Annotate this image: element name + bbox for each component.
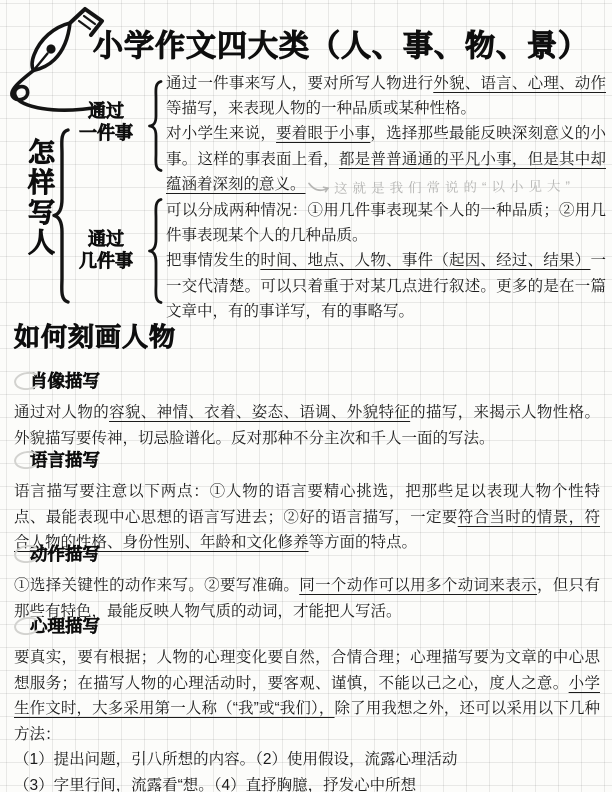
note-text: 这就是我们常说的“以小见大” (334, 175, 575, 198)
curly-brace-icon (147, 79, 165, 178)
curly-brace-icon (147, 197, 165, 310)
branch-label-one-event: 通过 一件事 (68, 100, 144, 144)
paragraph: 把事情发生的时间、地点、人物、事件（起因、经过、结果）一一交代清楚。可以只着重于… (166, 248, 606, 324)
subsection-action: 动作描写 ①选择关键性的动作来写。②要写准确。同一个动作可以用多个动词来表示，但… (14, 541, 600, 624)
subsection-language: 语言描写 语言描写要注意以下两点：①人物的语言要精心挑选，把那些足以表现人物个性… (14, 447, 600, 556)
branch-label-several-events: 通过 几件事 (66, 228, 146, 272)
curly-brace-icon (51, 126, 73, 311)
paragraph: 可以分成两种情况：①用几件事表现某个人的一种品质；②用几件事表现某个人的几种品质… (166, 198, 606, 248)
subsection-heading: 语言描写 (14, 447, 600, 472)
page: 小学作文四大类（人、事、物、景） 怎样写人 通过 一件事 通过一件事来写人，要对… (0, 0, 612, 792)
paragraph: 要真实，要有根据；人物的心理变化要自然，合情合理；心理描写要为文章的中心思想服务… (14, 645, 600, 747)
branch-several-events-text: 可以分成两种情况：①用几件事表现某个人的一种品质；②用几件事表现某个人的几种品质… (166, 198, 606, 324)
method-line: （1）提出问题，引八所想的内容。（2）使用假设，流露心理活动 (14, 747, 600, 773)
subsection-heading: 心理描写 (14, 613, 600, 638)
page-title: 小学作文四大类（人、事、物、景） (93, 21, 589, 65)
paragraph: 通过对人物的容貌、神情、衣着、姿态、语调、外貌特征的描写，来揭示人物性格。外貌描… (14, 400, 600, 451)
method-line: （3）字里行间，流露看“想。（4）直抒胸臆，抒发心中所想 (14, 773, 600, 792)
paragraph: 通过一件事来写人，要对所写人物进行外貌、语言、心理、动作等描写，来表现人物的一种… (166, 71, 606, 121)
subsection-heading: 肖像描写 (14, 368, 600, 393)
note-arrow-icon (308, 181, 330, 193)
subsection-psychology: 心理描写 要真实，要有根据；人物的心理变化要自然，合情合理；心理描写要为文章的中… (14, 613, 600, 792)
handwritten-note: 这就是我们常说的“以小见大” (308, 175, 575, 198)
section-heading: 如何刻画人物 (14, 317, 176, 354)
subsection-heading: 动作描写 (14, 541, 600, 566)
subsection-portrait: 肖像描写 通过对人物的容貌、神情、衣着、姿态、语调、外貌特征的描写，来揭示人物性… (14, 368, 600, 451)
